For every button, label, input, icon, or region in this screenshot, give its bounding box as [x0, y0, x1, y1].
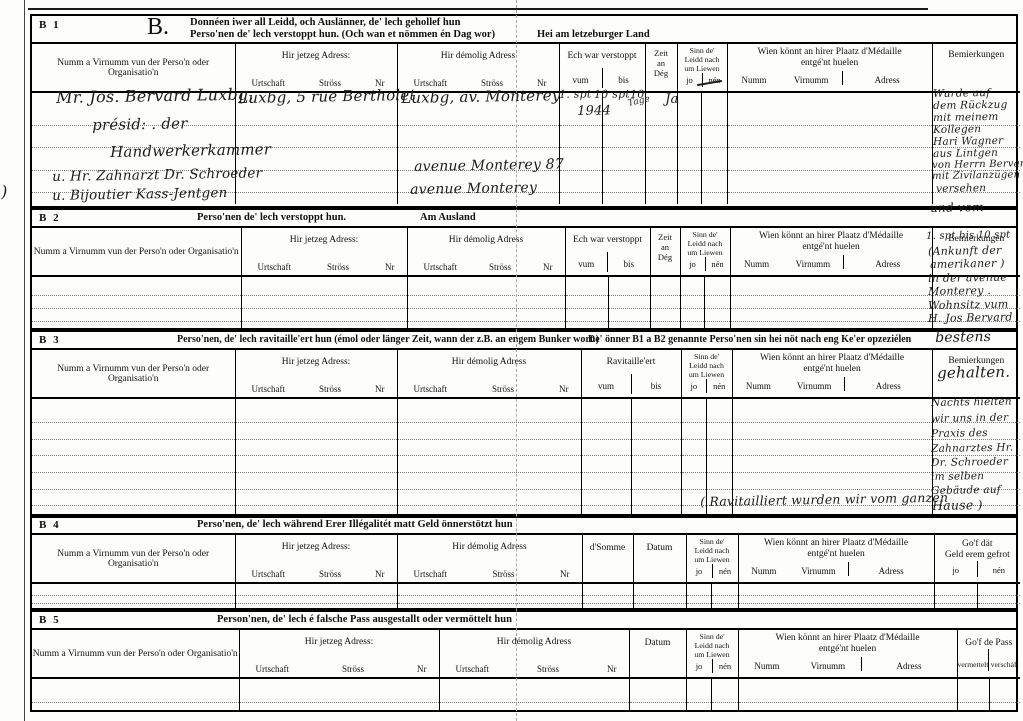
- vertical-fold-line: [516, 0, 517, 721]
- hw-b1-bis: 10 spt: [594, 87, 630, 101]
- b5-col-medaille: Wien könnt an hirer Plaatz d'Médailleent…: [738, 630, 957, 678]
- b1-col-verstoppt: Ech war verstoppt vumbis: [559, 44, 645, 92]
- section-b2-title-row: B 2 Perso'nen de' lech verstoppt hun. Am…: [32, 210, 1016, 228]
- hw-b3-bem-line: Nachts hielten: [931, 396, 1012, 409]
- hw-b3-bem-line: Zahnarztes Hr.: [931, 442, 1013, 455]
- hw-b3-bem-annotation: gehalten.: [937, 363, 1010, 382]
- hw-b1-jo: Ja: [665, 92, 679, 107]
- hw-b1-bem-line: Wurde auf: [933, 87, 990, 100]
- hw-b1-name-line2: présid: . der: [92, 114, 188, 134]
- b2-entry-row: [32, 322, 1020, 329]
- b2-col-medaille: Wien könnt an hirer Plaatz d'Médailleent…: [730, 228, 932, 276]
- hw-b1-bem-line: Kollegen: [933, 123, 981, 136]
- b4-col-datum: Datum: [633, 535, 686, 583]
- b2-col-demolig: Hir démolig Adress UrtschaftStrössNr: [407, 228, 565, 276]
- hw-b1-year: 1944: [577, 103, 611, 119]
- hw-b3-ravitailliert-note-end: Hause ): [932, 497, 983, 513]
- section-label-b1: B 1: [39, 19, 61, 31]
- section-b3: B 3 Perso'nen, de' lech ravitaille'ert h…: [30, 330, 1018, 516]
- b1-title-line2: Perso'nen de' lech verstoppt hun. (Och w…: [190, 29, 495, 40]
- big-letter-b: B.: [147, 14, 169, 41]
- hw-b2-bem-line: H. Jos Bervard: [928, 311, 1013, 325]
- hw-b2-bem-line: 1. spt bis 10 spt: [926, 230, 1010, 242]
- b4-col-medaille: Wien könnt an hirer Plaatz d'Médailleent…: [738, 535, 934, 583]
- b4-col-somme: d'Somme: [582, 535, 633, 583]
- b2-col-jetzeg: Hir jetzeg Adress: UrtschaftStrössNr: [241, 228, 407, 276]
- b4-col-demolig: Hir démolig Adress UrtschaftStrössNr: [397, 535, 582, 583]
- b1-col-zeit: ZeitanDég: [645, 44, 677, 92]
- b4-col-sinn: Sinn de'Leidd nachum Liewen jonén: [686, 535, 738, 583]
- b2-entry-row: [32, 276, 1020, 296]
- hw-b1-name-line1: Mr. Jos. Bervard Luxbg,: [56, 85, 254, 107]
- b3-col-jetzeg: Hir jetzeg Adress: UrtschaftStrössNr: [235, 350, 397, 398]
- b1-col-medaille: Wien könnt an hirer Plaatz d'Médailleent…: [727, 44, 932, 92]
- b2-grid: Numm a Virnumm vun der Perso'n oder Orga…: [32, 228, 1020, 328]
- b2-col-name: Numm a Virnumm vun der Perso'n oder Orga…: [32, 228, 241, 276]
- hw-b2-bem-line: (Ankunft der: [928, 244, 1002, 258]
- section-b3-title-row: B 3 Perso'nen, de' lech ravitaille'ert h…: [32, 332, 1016, 350]
- b5-entry-row: [32, 702, 1020, 710]
- hw-b2-bem-line: Monterey .: [928, 284, 991, 298]
- b4-grid: Numm a Virnumm vun der Perso'n oder Orga…: [32, 535, 1020, 608]
- section-b5: B 5 Person'nen, de' lech é falsche Pass …: [30, 610, 1018, 712]
- b3-col-sinn: Sinn de'Leidd nachum Liewen jonén: [681, 350, 732, 398]
- b4-col-gof-geld: Go'f dätGeld erem gefrot jonén: [934, 535, 1020, 583]
- hw-b1-demolig-address1: Luxbg, av. Monterey: [401, 86, 561, 107]
- b2-col-zeit: ZeitanDég: [650, 228, 680, 276]
- b2-entry-row: [32, 309, 1020, 322]
- hw-b1-demolig-address2: avenue Monterey 87: [414, 156, 564, 175]
- b3-entry-row: [32, 439, 1020, 456]
- section-b4: B 4 Perso'nen, de' lech während Erer Ill…: [30, 516, 1018, 610]
- b3-col-medaille: Wien könnt an hirer Plaatz d'Médailleent…: [732, 350, 932, 398]
- b5-grid: Numm a Virnumm vun der Perso'n oder Orga…: [32, 630, 1020, 710]
- b3-entry-row: [32, 506, 1020, 514]
- hw-b3-bem-line: im selben: [931, 470, 984, 483]
- hw-b3-bem-line: Dr. Schroeder: [931, 456, 1008, 469]
- hw-b3-title-annotation: bestens: [935, 329, 991, 346]
- hw-b1-bem-continuation: und vom: [930, 200, 984, 215]
- hw-b1-vum: 1. spt: [559, 87, 592, 101]
- b5-col-gof-pass: Go'f de Pass vermetteltverscháft: [957, 630, 1020, 678]
- b2-col-verstoppt: Ech war verstoppt vumbis: [565, 228, 650, 276]
- section-label-b5: B 5: [39, 614, 61, 626]
- hw-b2-bem-line: amerikaner ): [930, 257, 1005, 271]
- b3-grid: Numm a Virnumm vun der Perso'n oder Orga…: [32, 350, 1020, 514]
- b3-entry-row: [32, 456, 1020, 473]
- b1-col-bemierkungen: Bemierkungen: [932, 44, 1020, 92]
- b5-col-name: Numm a Virnumm vun der Perso'n oder Orga…: [32, 630, 239, 678]
- section-b4-title-row: B 4 Perso'nen, de' lech während Erer Ill…: [32, 518, 1016, 535]
- b4-entry-row: [32, 604, 1020, 608]
- b1-col-jetzeg: Hir jetzeg Adress: UrtschaftStrössNr: [235, 44, 397, 92]
- b3-entry-row: [32, 423, 1020, 440]
- hw-b1-demolig-address3: avenue Monterey: [410, 180, 537, 198]
- b5-entry-row: [32, 678, 1020, 702]
- section-label-b3: B 3: [39, 334, 61, 346]
- b3-entry-row: [32, 398, 1020, 423]
- section-b1-title-row: B 1 B. Donnéen iwer all Leidd, och Auslä…: [32, 16, 1016, 44]
- b5-col-demolig: Hir démolig Adress UrtschaftStrössNr: [439, 630, 629, 678]
- hw-b3-bem-line: Praxis des: [931, 427, 988, 440]
- b2-entry-row: [32, 296, 1020, 309]
- b3-title-line1: Perso'nen, de' lech ravitaille'ert hun (…: [177, 334, 599, 345]
- b1-title-suffix: Hei am letzeburger Land: [537, 29, 650, 40]
- b5-col-jetzeg: Hir jetzeg Adress: UrtschaftStrössNr: [239, 630, 439, 678]
- b3-col-name: Numm a Virnumm vun der Perso'n oder Orga…: [32, 350, 235, 398]
- b5-title: Person'nen, de' lech é falsche Pass ausg…: [217, 614, 512, 625]
- b5-col-datum: Datum: [629, 630, 686, 678]
- b2-subtitle: Am Ausland: [420, 212, 476, 223]
- b2-col-sinn: Sinn de'Leidd nachum Liewen jonén: [680, 228, 730, 276]
- hw-b1-name-line5: u. Bijoutier Kass-Jentgen: [52, 185, 228, 204]
- hw-b1-bem-line: mit meinem: [933, 111, 999, 124]
- b4-entry-row: [32, 596, 1020, 604]
- b4-entry-row: [32, 583, 1020, 596]
- left-margin-line: [24, 0, 25, 721]
- b3-col-demolig: Hir démolig Adress UrtschaftStrössNr: [397, 350, 581, 398]
- b3-title-line2: De' önner B1 a B2 genannte Perso'nen sin…: [588, 334, 911, 345]
- hw-b1-bem-line: mit Zivilanzügen: [932, 169, 1020, 182]
- hw-b1-bem-line: versehen: [936, 182, 986, 195]
- page-top-edge-line: [28, 8, 928, 10]
- hw-margin-mark: ): [1, 182, 8, 201]
- section-b2: B 2 Perso'nen de' lech verstoppt hun. Am…: [30, 208, 1018, 330]
- b4-col-name: Numm a Virnumm vun der Perso'n oder Orga…: [32, 535, 235, 583]
- scanned-form-page: B 1 B. Donnéen iwer all Leidd, och Auslä…: [0, 0, 1023, 721]
- hw-b2-bem-line: in der avenue: [928, 271, 1007, 285]
- b1-col-demolig: Hir démolig Adress UrtschaftStrössNr: [397, 44, 559, 92]
- section-b5-title-row: B 5 Person'nen, de' lech é falsche Pass …: [32, 612, 1016, 630]
- b4-title: Perso'nen, de' lech während Erer Illégal…: [197, 519, 513, 530]
- b2-title: Perso'nen de' lech verstoppt hun.: [197, 212, 346, 223]
- hw-b1-name-line3: Handwerkerkammer: [110, 140, 271, 161]
- hw-b3-bem-line: wir uns in der: [931, 412, 1008, 425]
- b4-col-jetzeg: Hir jetzeg Adress: UrtschaftStrössNr: [235, 535, 397, 583]
- section-label-b4: B 4: [39, 519, 61, 531]
- b5-col-sinn: Sinn de'Leidd nachum Liewen jonén: [686, 630, 738, 678]
- hw-b1-jetzeg-address: Luxbg, 5 rue Bertholet: [238, 86, 416, 107]
- b1-title-line1: Donnéen iwer all Leidd, och Auslänner, d…: [190, 17, 460, 28]
- b3-col-ravitailleert: Ravitaille'ert vumbis: [581, 350, 681, 398]
- b3-entry-row: [32, 473, 1020, 490]
- section-label-b2: B 2: [39, 212, 61, 224]
